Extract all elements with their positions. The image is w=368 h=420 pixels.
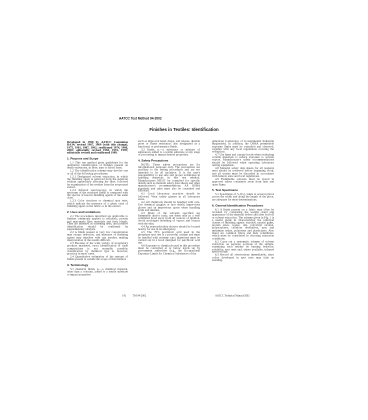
paragraph: 1.2.3 Color reactions or chemical spot t… (67, 200, 128, 208)
section-heading: 5. Test Specimens (212, 189, 274, 192)
document-page: AATCC Test Method 94-2002 Finishes in Te… (0, 0, 368, 420)
section-heading: 1. Purpose and Scope (67, 158, 128, 161)
paragraph: 4.7 Use fume and canopy hoods when evalu… (212, 154, 274, 167)
paragraph: 4.2 All chemicals should be handled with… (138, 201, 200, 212)
text-column-1: Developed in 1958 by AATCC Committee RA3… (67, 141, 128, 292)
section-heading: 4. Safety Precautions (138, 159, 200, 162)
footer-page-number: 142 (122, 294, 126, 297)
paragraph: 1.2.2 Infrared spectroscopy, in which th… (67, 189, 128, 200)
paragraph: 4.9 Flammable solvents must be stored in… (212, 178, 274, 186)
page-title: Finishes in Textiles: Identification (60, 127, 308, 135)
paragraph: 3.2 finish, n.—a substance or mixture of… (138, 148, 200, 156)
paragraph: 4.6 Exposure to chemicals used in this p… (138, 244, 200, 255)
paragraph: NOTE: These safety precautions are for i… (138, 163, 200, 192)
paragraph: 2.2 A finish present at very low concent… (67, 231, 128, 242)
footer-left: 142TM 94-2002 (122, 294, 182, 299)
paragraph: 2.3 Because of the wide variety of propr… (67, 242, 128, 255)
paragraph: 4.8 Material safety data sheets for all … (212, 167, 274, 178)
text-column-2: such as improved hand, drape, soil relea… (138, 140, 200, 291)
method-number-text: AATCC Test Method 94-2002 (119, 117, 181, 121)
paragraph: 4.3 Many of the solvents specified are f… (138, 212, 200, 225)
section-heading: 3. Terminology (67, 264, 128, 267)
paragraph: 6.1 A finish present on a fabric may oft… (212, 208, 274, 240)
section-heading: 6. General Identification Procedures (212, 204, 274, 207)
paragraph: Developed in 1958 by AATCC Committee RA3… (67, 141, 128, 154)
footer-manual-ref: AATCC Technical Manual/2002 (215, 294, 255, 297)
paragraph: American Conference of Governmental Indu… (212, 140, 274, 153)
paragraph: 6.2 Carry out a systematic scheme of sol… (212, 240, 274, 253)
footer-right: AATCC Technical Manual/2002 (215, 294, 255, 299)
method-number-header: AATCC Test Method 94-2002 (119, 117, 181, 124)
paragraph: 2.1 The procedures described are applica… (67, 215, 128, 231)
text-column-3: American Conference of Governmental Indu… (212, 140, 274, 291)
paragraph: 3.1 chemical finish, n.—a chemical mater… (67, 268, 128, 276)
page-title-text: Finishes in Textiles: Identification (60, 127, 308, 132)
section-heading: 2. Uses and Limitations (67, 211, 128, 214)
paragraph: 6.3 Record all observations immediately,… (212, 254, 274, 262)
footer-method-ref: TM 94-2002 (133, 294, 147, 297)
paragraph: 4.5 The 70% perchloric acid used in the … (138, 231, 200, 244)
paragraph: 2.4 Quantitative estimation of the amoun… (67, 255, 128, 260)
paragraph: 1.2.1 Designated solvent extraction, in … (67, 175, 128, 188)
paragraph: 5.1 Specimens of 5-10 g, taken at severa… (212, 193, 274, 201)
